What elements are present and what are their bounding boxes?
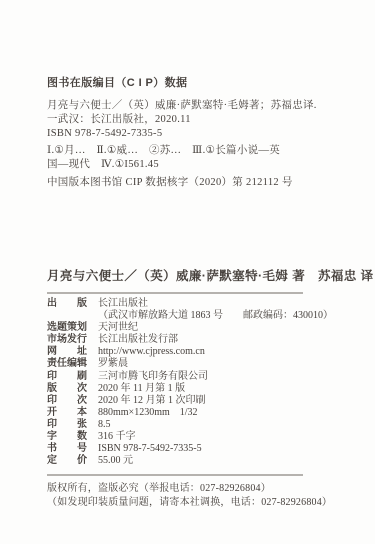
colophon-row-distribution: 市场发行 长江出版社发行部 — [47, 334, 353, 346]
row-value: 316 千字 — [98, 431, 136, 443]
cip-line-isbn: ISBN 978-7-5492-7335-5 — [47, 127, 353, 141]
copyright-page: 图书在版编目（C I P）数据 月亮与六便士／（英）威廉·萨默塞特·毛姆著；苏福… — [0, 0, 375, 544]
classification-line-2: 国—现代 Ⅳ.①I561.45 — [47, 158, 353, 172]
row-label: 出 版 — [47, 298, 89, 310]
colophon-row-edition: 版 次 2020 年 11 月第 1 版 — [47, 383, 353, 395]
row-label: 责任编辑 — [47, 358, 89, 370]
row-value: ISBN 978-7-5492-7335-5 — [98, 443, 202, 455]
colophon-row-publisher: 出 版 长江出版社 — [47, 298, 353, 310]
cip-heading: 图书在版编目（C I P）数据 — [47, 74, 353, 90]
row-value: 长江出版社 — [98, 298, 148, 310]
row-label: 定 价 — [47, 455, 89, 467]
legal-notices: 版权所有，盗版必究（举报电话：027-82926804） （如发现印装质量问题，… — [47, 476, 353, 510]
colophon-row-price: 定 价 55.00 元 — [47, 455, 353, 467]
cip-classification: Ⅰ.①月… Ⅱ.①威… ②苏… Ⅲ.①长篇小说—英 国—现代 Ⅳ.①I561.4… — [47, 144, 353, 172]
row-value: 天河世纪 — [98, 322, 138, 334]
colophon-row-format: 开 本 880mm×1230mm 1/32 — [47, 407, 353, 419]
row-value: 2020 年 12 月第 1 次印刷 — [98, 395, 206, 407]
row-label: 印 张 — [47, 419, 89, 431]
row-label: 字 数 — [47, 431, 89, 443]
website-url: http://www.cjpress.com.cn — [98, 346, 205, 358]
row-label: 版 次 — [47, 383, 89, 395]
colophon-row-planning: 选题策划 天河世纪 — [47, 322, 353, 334]
row-label: 市场发行 — [47, 334, 89, 346]
book-title-line: 月亮与六便士／（英）威廉·萨默塞特·毛姆 著 苏福忠 译 — [47, 266, 353, 284]
row-value: 三河市腾飞印务有限公司 — [98, 371, 208, 383]
cip-record-number: 中国版本图书馆 CIP 数据核字（2020）第 212112 号 — [47, 176, 353, 190]
colophon-row-sheets: 印 张 8.5 — [47, 419, 353, 431]
colophon-row-printer: 印 刷 三河市腾飞印务有限公司 — [47, 371, 353, 383]
quality-notice: （如发现印装质量问题，请寄本社调换，电话：027-82926804） — [47, 496, 353, 510]
colophon-block: 出 版 长江出版社 （武汉市解放路大道 1863 号 邮政编码：430010） … — [47, 294, 353, 467]
row-label: 选题策划 — [47, 322, 89, 334]
copyright-notice: 版权所有，盗版必究（举报电话：027-82926804） — [47, 482, 353, 496]
colophon-row-editor: 责任编辑 罗紫晨 — [47, 358, 353, 370]
cip-line-publisher: 一武汉：长江出版社，2020.11 — [47, 113, 353, 127]
row-label — [47, 310, 89, 322]
row-label: 网 址 — [47, 346, 89, 358]
row-value: 罗紫晨 — [98, 358, 128, 370]
row-value: 长江出版社发行部 — [98, 334, 178, 346]
colophon-row-wordcount: 字 数 316 千字 — [47, 431, 353, 443]
row-label: 印 刷 — [47, 371, 89, 383]
row-value: 880mm×1230mm 1/32 — [98, 407, 198, 419]
colophon-row-isbn: 书 号 ISBN 978-7-5492-7335-5 — [47, 443, 353, 455]
classification-line-1: Ⅰ.①月… Ⅱ.①威… ②苏… Ⅲ.①长篇小说—英 — [47, 144, 353, 158]
row-value: 2020 年 11 月第 1 版 — [98, 383, 185, 395]
row-value: （武汉市解放路大道 1863 号 邮政编码：430010） — [98, 310, 333, 322]
cip-line-title: 月亮与六便士／（英）威廉·萨默塞特·毛姆著；苏福忠译. — [47, 99, 353, 113]
row-label: 开 本 — [47, 407, 89, 419]
row-label: 印 次 — [47, 395, 89, 407]
row-value: 8.5 — [98, 419, 111, 431]
row-value: 55.00 元 — [98, 455, 133, 467]
cip-block: 图书在版编目（C I P）数据 月亮与六便士／（英）威廉·萨默塞特·毛姆著；苏福… — [47, 74, 353, 190]
colophon-row-address: （武汉市解放路大道 1863 号 邮政编码：430010） — [47, 310, 353, 322]
colophon-row-website: 网 址 http://www.cjpress.com.cn — [47, 346, 353, 358]
colophon-row-impression: 印 次 2020 年 12 月第 1 次印刷 — [47, 395, 353, 407]
row-label: 书 号 — [47, 443, 89, 455]
